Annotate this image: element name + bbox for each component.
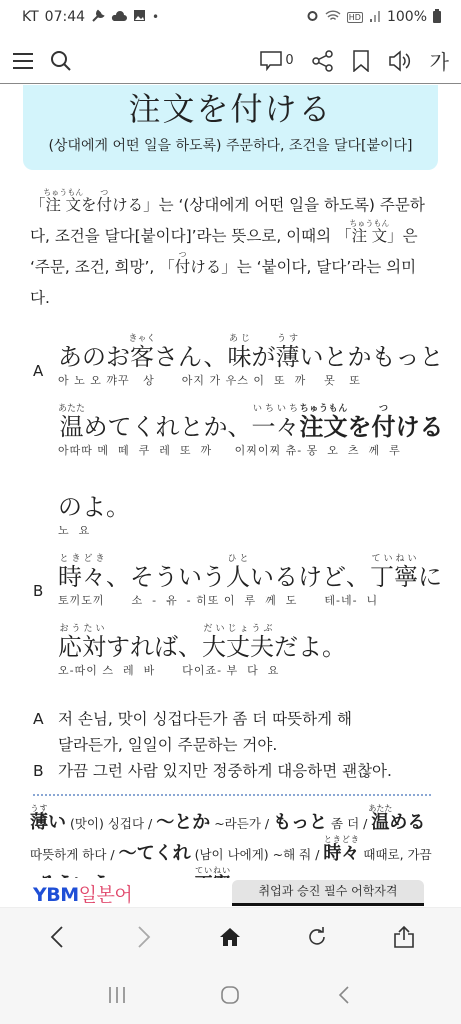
explanation-paragraph: 「注文ちゅうもんを付つける」는 ‘(상대에게 어떤 일을 하도록) 주문하다, …	[30, 188, 431, 314]
system-back-button[interactable]	[324, 977, 364, 1017]
bookmark-button[interactable]	[352, 50, 370, 72]
carrier-label: KT	[22, 9, 39, 25]
speaker-label-a: A	[33, 362, 43, 380]
menu-button[interactable]	[12, 52, 34, 70]
status-bar: KT 07:44 • HD 100%	[0, 0, 461, 34]
expression-meaning: (상대에게 어떤 일을 하도록) 주문하다, 조건을 달다[붙이다]	[23, 135, 438, 155]
signal-icon	[369, 10, 381, 25]
share-page-button[interactable]	[384, 919, 424, 959]
japanese-text: のよ。	[58, 478, 461, 522]
image-icon	[133, 9, 146, 25]
translation-section: A 저 손님, 맛이 싱겁다든가 좀 더 따뜻하게 해달라든가, 일일이 주문하…	[33, 706, 431, 784]
share-button[interactable]	[312, 50, 334, 72]
font-size-button[interactable]: 가	[430, 46, 449, 75]
speaker-icon	[388, 50, 412, 72]
recent-apps-icon	[107, 986, 127, 1008]
dialog-section: A あのお客きゃくさん、味あじが薄うすいとかもっと 아 노 오 꺄꾸 상 아지 …	[0, 328, 461, 688]
translation-a: A 저 손님, 맛이 싱겁다든가 좀 더 따뜻하게 해달라든가, 일일이 주문하…	[33, 706, 431, 758]
system-back-icon	[337, 985, 351, 1009]
comment-button[interactable]: 0	[260, 51, 293, 71]
wifi-icon	[325, 9, 341, 25]
japanese-text: 温あたためてくれとか、一々いちいち注文ちゅうもんを付つける	[58, 398, 461, 442]
back-icon	[49, 925, 65, 953]
forward-button[interactable]	[124, 919, 164, 959]
dialog-line-b2: 応対おうたいすれば、大丈夫だいじょうぶだよ。 오-따이 스 레 바 다이죠- 부…	[0, 618, 461, 688]
system-nav-bar	[0, 969, 461, 1024]
speaker-label-b: B	[33, 582, 43, 600]
forward-icon	[136, 925, 152, 953]
system-home-button[interactable]	[210, 977, 250, 1017]
battery-percent: 100%	[387, 9, 427, 25]
bookmark-icon	[352, 50, 370, 72]
dialog-line-a1: A あのお客きゃくさん、味あじが薄うすいとかもっと 아 노 오 꺄꾸 상 아지 …	[0, 328, 461, 398]
korean-pronunciation: 오-따이 스 레 바 다이죠- 부 다 요	[58, 664, 461, 678]
audio-button[interactable]	[388, 50, 412, 72]
reload-icon	[306, 926, 328, 952]
japanese-text: 応対おうたいすれば、大丈夫だいじょうぶだよ。	[58, 618, 461, 662]
dialog-line-b1: B 時々ときどき、そういう人ひといるけど、丁寧ていねいに 토끼도끼 소 - 유 …	[0, 548, 461, 618]
home-circle-icon	[220, 985, 240, 1009]
share-icon	[393, 925, 415, 953]
app-toolbar: 0 가	[0, 38, 461, 84]
translation-b: B 가끔 그런 사람 있지만 정중하게 대응하면 괜찮아.	[33, 758, 431, 784]
home-button[interactable]	[210, 919, 250, 959]
share-nodes-icon	[312, 50, 334, 72]
comment-icon	[260, 51, 282, 71]
alarm-icon	[306, 9, 319, 25]
battery-icon	[433, 9, 441, 26]
korean-pronunciation: 노 요	[58, 524, 461, 538]
dialog-line-a3: のよ。 노 요	[0, 468, 461, 548]
search-icon	[50, 50, 72, 72]
status-right: HD 100%	[306, 9, 441, 26]
ybm-logo: YBM일본어	[33, 880, 132, 907]
reload-button[interactable]	[297, 919, 337, 959]
title-banner: 注文を付ける (상대에게 어떤 일을 하도록) 주문하다, 조건을 달다[붙이다…	[23, 85, 438, 170]
home-icon	[219, 927, 241, 951]
footer-ad-banner[interactable]: YBM일본어 취업과 승진 필수 어학자격	[0, 878, 461, 908]
korean-pronunciation: 아 노 오 꺄꾸 상 아지 가 우스 이 또 까 못 또	[58, 374, 461, 388]
article-content: 注文を付ける (상대에게 어떤 일을 하도록) 주문하다, 조건을 달다[붙이다…	[0, 85, 461, 907]
dotted-divider	[33, 794, 431, 796]
clock: 07:44	[45, 9, 85, 25]
comment-count: 0	[285, 53, 293, 68]
korean-pronunciation: 토끼도끼 소 - 유 - 히또 이 루 께 도 테-네- 니	[58, 594, 461, 608]
hd-icon: HD	[347, 12, 363, 23]
back-button[interactable]	[37, 919, 77, 959]
recent-apps-button[interactable]	[97, 977, 137, 1017]
status-left: KT 07:44 •	[22, 9, 159, 26]
japanese-text: あのお客きゃくさん、味あじが薄うすいとかもっと	[58, 328, 461, 372]
menu-icon	[12, 52, 34, 70]
dot-icon: •	[152, 10, 159, 24]
search-button[interactable]	[50, 50, 72, 72]
ad-tagline-tab[interactable]: 취업과 승진 필수 어학자격	[232, 880, 424, 906]
japanese-text: 時々ときどき、そういう人ひといるけど、丁寧ていねいに	[58, 548, 461, 592]
dialog-line-a2: 温あたためてくれとか、一々いちいち注文ちゅうもんを付つける 아따따 메 떼 쿠 …	[0, 398, 461, 468]
browser-nav-bar	[0, 907, 461, 969]
expression-title: 注文を付ける	[23, 89, 438, 129]
wrench-icon	[91, 9, 105, 26]
cloud-icon	[111, 10, 127, 25]
korean-pronunciation: 아따따 메 떼 쿠 레 또 까 이찌이찌 츄- 몽 오 츠 께 루	[58, 444, 461, 458]
